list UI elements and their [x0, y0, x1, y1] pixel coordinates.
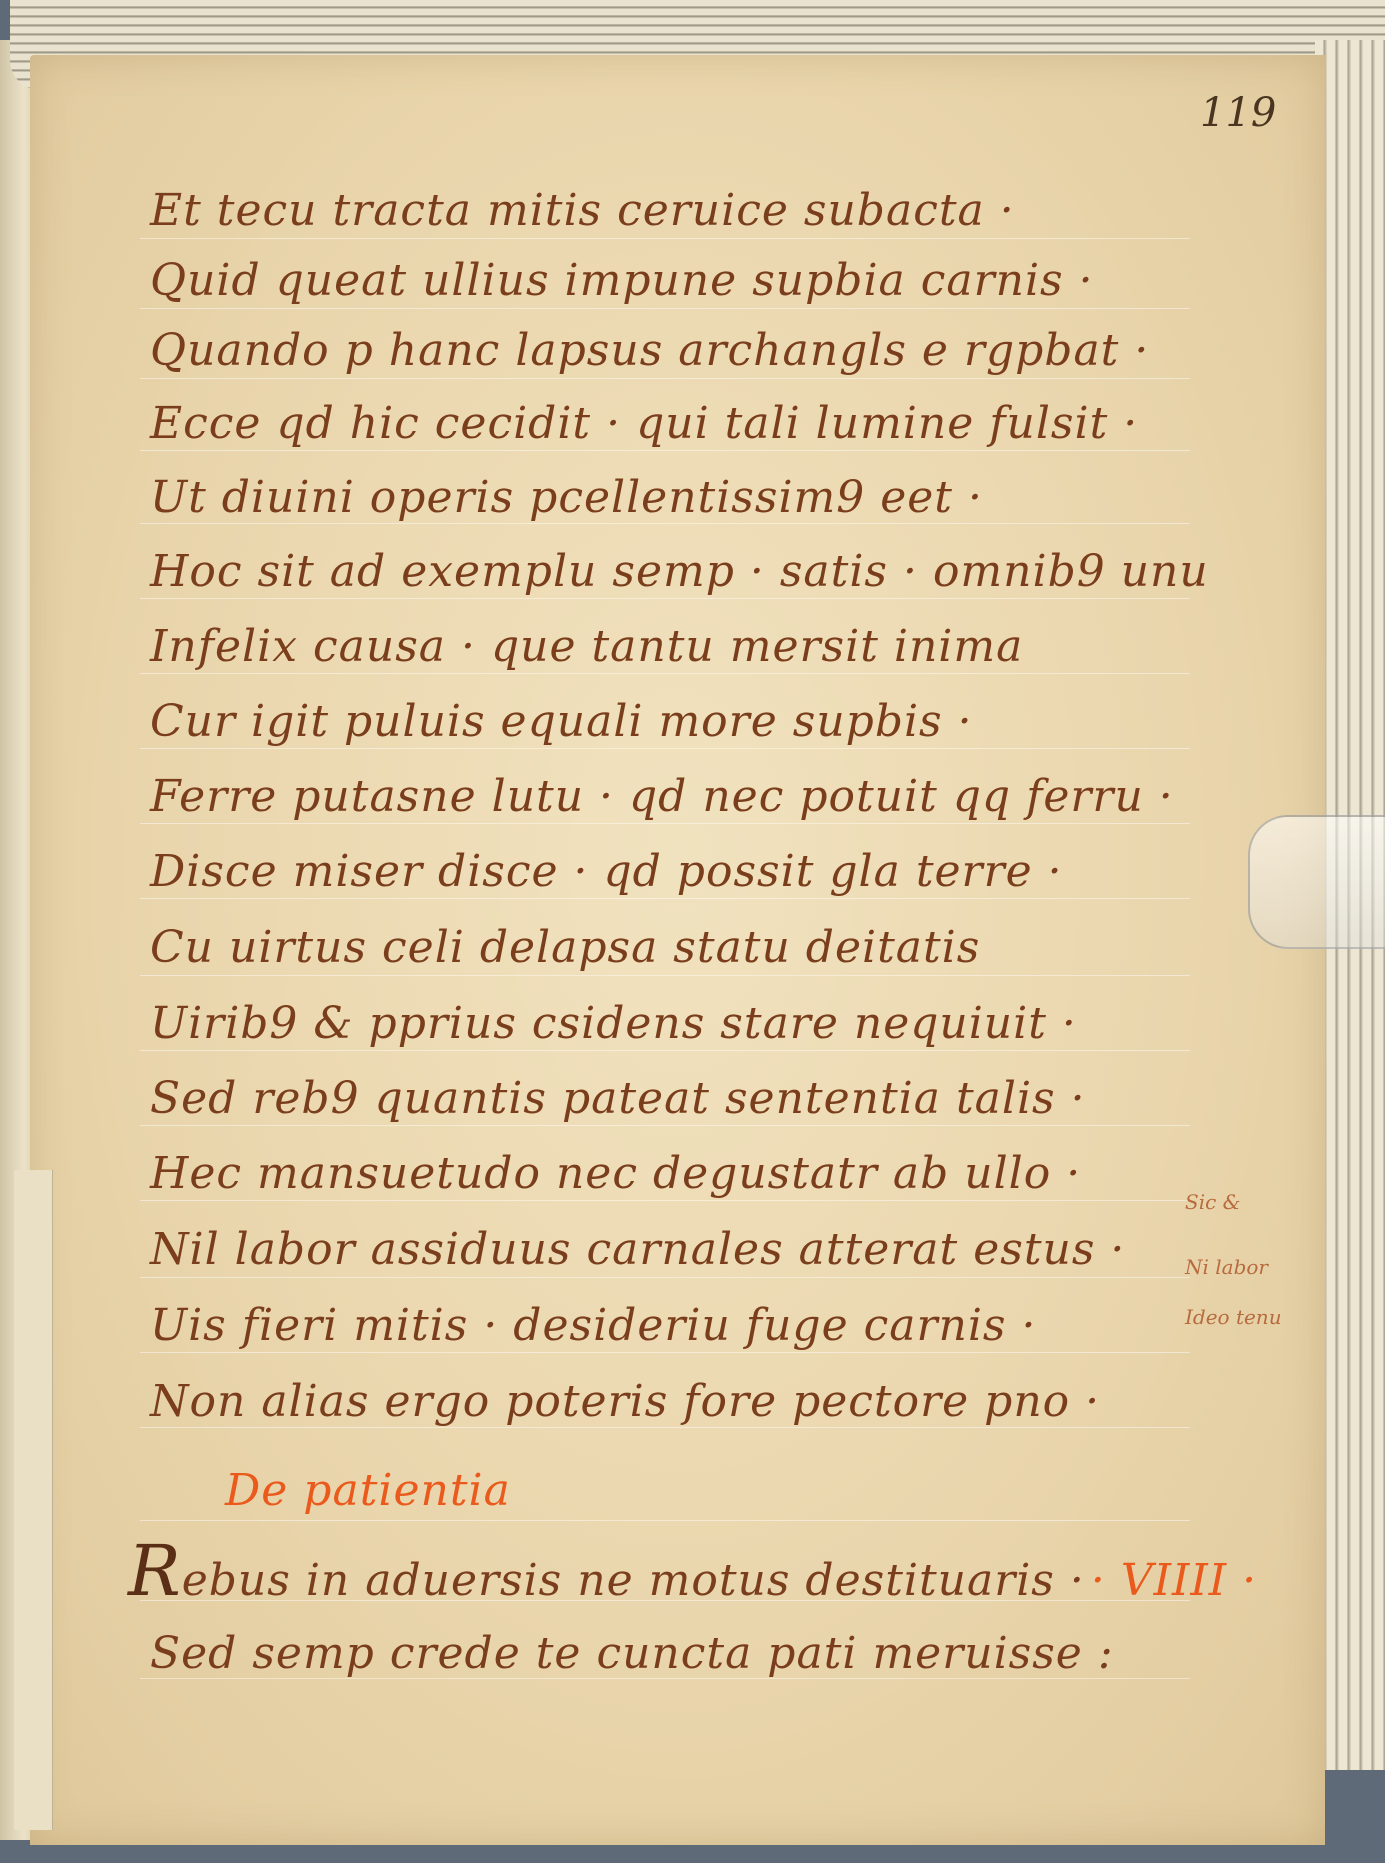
- text-line: Uis fieri mitis · desideriu fuge carnis …: [150, 1300, 1036, 1351]
- text-line: Hec mansuetudo nec degustatr ab ullo ·: [150, 1148, 1081, 1199]
- ruling-line: [140, 823, 1190, 824]
- ruling-line: [140, 1277, 1190, 1278]
- text-line: Disce miser disce · qd possit gla terre …: [150, 846, 1063, 897]
- ruling-line: [140, 673, 1190, 674]
- ruling-line: [140, 1050, 1190, 1051]
- ruling-line: [140, 748, 1190, 749]
- text-line: Hoc sit ad exemplu semp · satis · omnib9…: [150, 546, 1209, 597]
- decorated-initial: R: [128, 1530, 182, 1612]
- text-line: Infelix causa · que tantu mersit inima: [150, 621, 1023, 672]
- ruling-line: [140, 1520, 1190, 1521]
- ruling-line: [140, 238, 1190, 239]
- line-text: ebus in aduersis ne motus destituaris ·: [182, 1555, 1085, 1606]
- ruling-line: [140, 450, 1190, 451]
- transparent-page-clip: [1248, 815, 1385, 949]
- text-line: Quando p hanc lapsus archangls e rgpbat …: [150, 325, 1149, 376]
- text-line: Quid queat ullius impune supbia carnis ·: [150, 255, 1094, 306]
- text-line: Uirib9 & pprius csidens stare nequiuit ·: [150, 998, 1077, 1049]
- ruling-line: [140, 898, 1190, 899]
- text-line: Sed reb9 quantis pateat sententia talis …: [150, 1073, 1086, 1124]
- ruling-line: [140, 523, 1190, 524]
- paper-stub: [14, 1170, 53, 1830]
- margin-gloss: Sic &: [1185, 1190, 1240, 1214]
- section-numeral: · VIIII ·: [1091, 1555, 1257, 1606]
- text-line: Ferre putasne lutu · qd nec potuit qq fe…: [150, 771, 1174, 822]
- ruling-line: [140, 1200, 1190, 1201]
- margin-gloss: Ni labor: [1185, 1255, 1268, 1279]
- ruling-line: [140, 975, 1190, 976]
- folio-number: 119: [1200, 90, 1276, 136]
- text-line: Non alias ergo poteris fore pectore pno …: [150, 1376, 1100, 1427]
- ruling-line: [140, 378, 1190, 379]
- line-text: Sed semp crede te cuncta pati meruisse :: [150, 1628, 1114, 1679]
- text-line: Cur igit puluis equali more supbis ·: [150, 696, 973, 747]
- margin-gloss: Ideo tenu: [1185, 1305, 1282, 1329]
- rubric-heading: De patientia: [225, 1465, 511, 1516]
- ruling-line: [140, 1427, 1190, 1428]
- text-line: Nil labor assiduus carnales atterat estu…: [150, 1224, 1125, 1275]
- ruling-line: [140, 1352, 1190, 1353]
- ruling-line: [140, 1125, 1190, 1126]
- text-line: Ecce qd hic cecidit · qui tali lumine fu…: [150, 398, 1138, 449]
- ruling-line: [140, 598, 1190, 599]
- text-line-section-start: Rebus in aduersis ne motus destituaris ·…: [128, 1530, 1257, 1612]
- text-line: Et tecu tracta mitis ceruice subacta ·: [150, 185, 1015, 236]
- ruling-line: [140, 308, 1190, 309]
- text-line: Ut diuini operis pcellentissim9 eet ·: [150, 472, 983, 523]
- text-line: Sed semp crede te cuncta pati meruisse :: [150, 1628, 1114, 1679]
- text-line: Cu uirtus celi delapsa statu deitatis: [150, 922, 980, 973]
